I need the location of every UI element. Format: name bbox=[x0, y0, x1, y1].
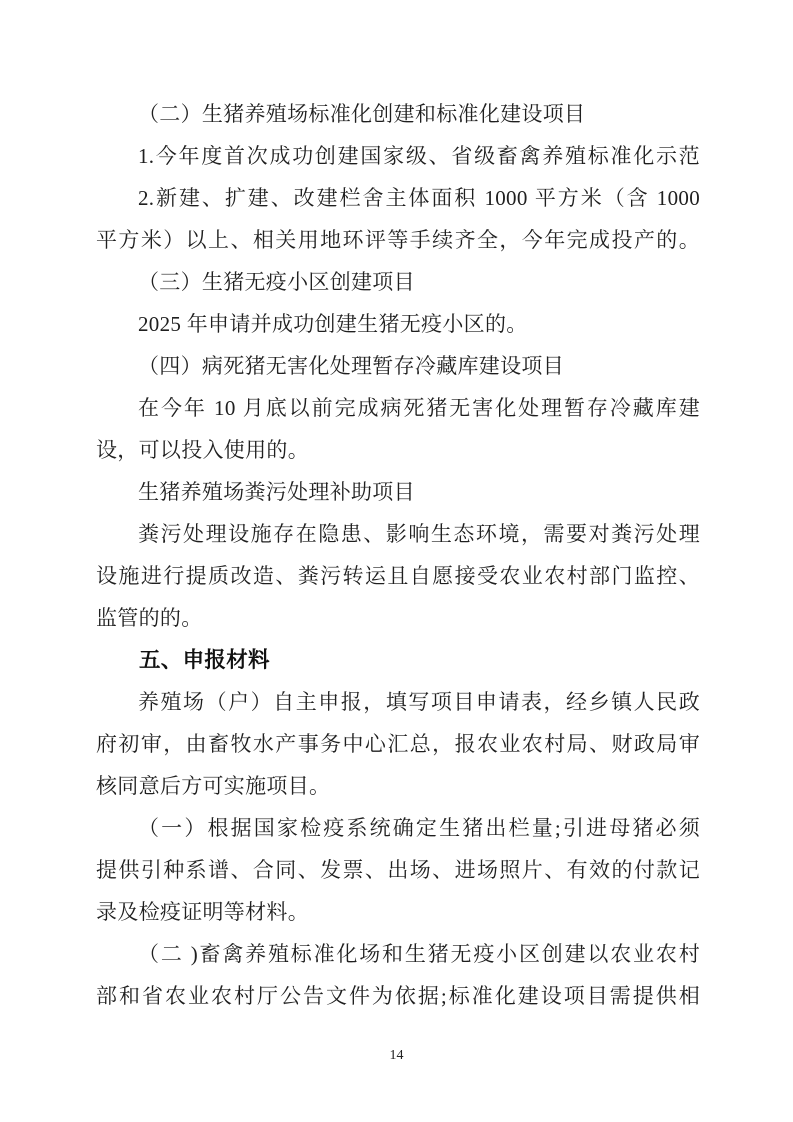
text-line: （四）病死猪无害化处理暂存冷藏库建设项目 bbox=[96, 345, 700, 387]
text-line: （二 )畜禽养殖标准化场和生猪无疫小区创建以农业农村 bbox=[96, 933, 700, 975]
text-line: 粪污处理设施存在隐患、影响生态环境，需要对粪污处理 bbox=[96, 513, 700, 555]
text-line: 生猪养殖场粪污处理补助项目 bbox=[96, 471, 700, 513]
text-line: 设施进行提质改造、粪污转运且自愿接受农业农村部门监控、 bbox=[96, 555, 700, 597]
page-number: 14 bbox=[390, 1048, 404, 1063]
document-body: （二）生猪养殖场标准化创建和标准化建设项目 1.今年度首次成功创建国家级、省级畜… bbox=[96, 93, 700, 1017]
text-line: 提供引种系谱、合同、发票、出场、进场照片、有效的付款记 bbox=[96, 849, 700, 891]
section-heading: 五、申报材料 bbox=[96, 639, 700, 681]
text-line: 部和省农业农村厅公告文件为依据;标准化建设项目需提供相 bbox=[96, 975, 700, 1017]
document-page: （二）生猪养殖场标准化创建和标准化建设项目 1.今年度首次成功创建国家级、省级畜… bbox=[0, 0, 793, 1122]
text-line: 2025 年申请并成功创建生猪无疫小区的。 bbox=[96, 303, 700, 345]
text-line: 在今年 10 月底以前完成病死猪无害化处理暂存冷藏库建 bbox=[96, 387, 700, 429]
text-line: 2.新建、扩建、改建栏舍主体面积 1000 平方米（含 1000 bbox=[96, 177, 700, 219]
text-line: 平方米）以上、相关用地环评等手续齐全，今年完成投产的。 bbox=[96, 219, 700, 261]
text-line: 府初审，由畜牧水产事务中心汇总，报农业农村局、财政局审 bbox=[96, 723, 700, 765]
text-line: 录及检疫证明等材料。 bbox=[96, 891, 700, 933]
text-line: 监管的的。 bbox=[96, 597, 700, 639]
text-line: （三）生猪无疫小区创建项目 bbox=[96, 261, 700, 303]
text-line: （二）生猪养殖场标准化创建和标准化建设项目 bbox=[96, 93, 700, 135]
text-line: 养殖场（户）自主申报，填写项目申请表，经乡镇人民政 bbox=[96, 681, 700, 723]
page-footer: 14 bbox=[0, 1046, 793, 1064]
text-line: 设，可以投入使用的。 bbox=[96, 429, 700, 471]
text-line: 核同意后方可实施项目。 bbox=[96, 765, 700, 807]
text-line: 1.今年度首次成功创建国家级、省级畜禽养殖标准化示范场。 bbox=[96, 135, 700, 177]
text-line: （一）根据国家检疫系统确定生猪出栏量;引进母猪必须 bbox=[96, 807, 700, 849]
